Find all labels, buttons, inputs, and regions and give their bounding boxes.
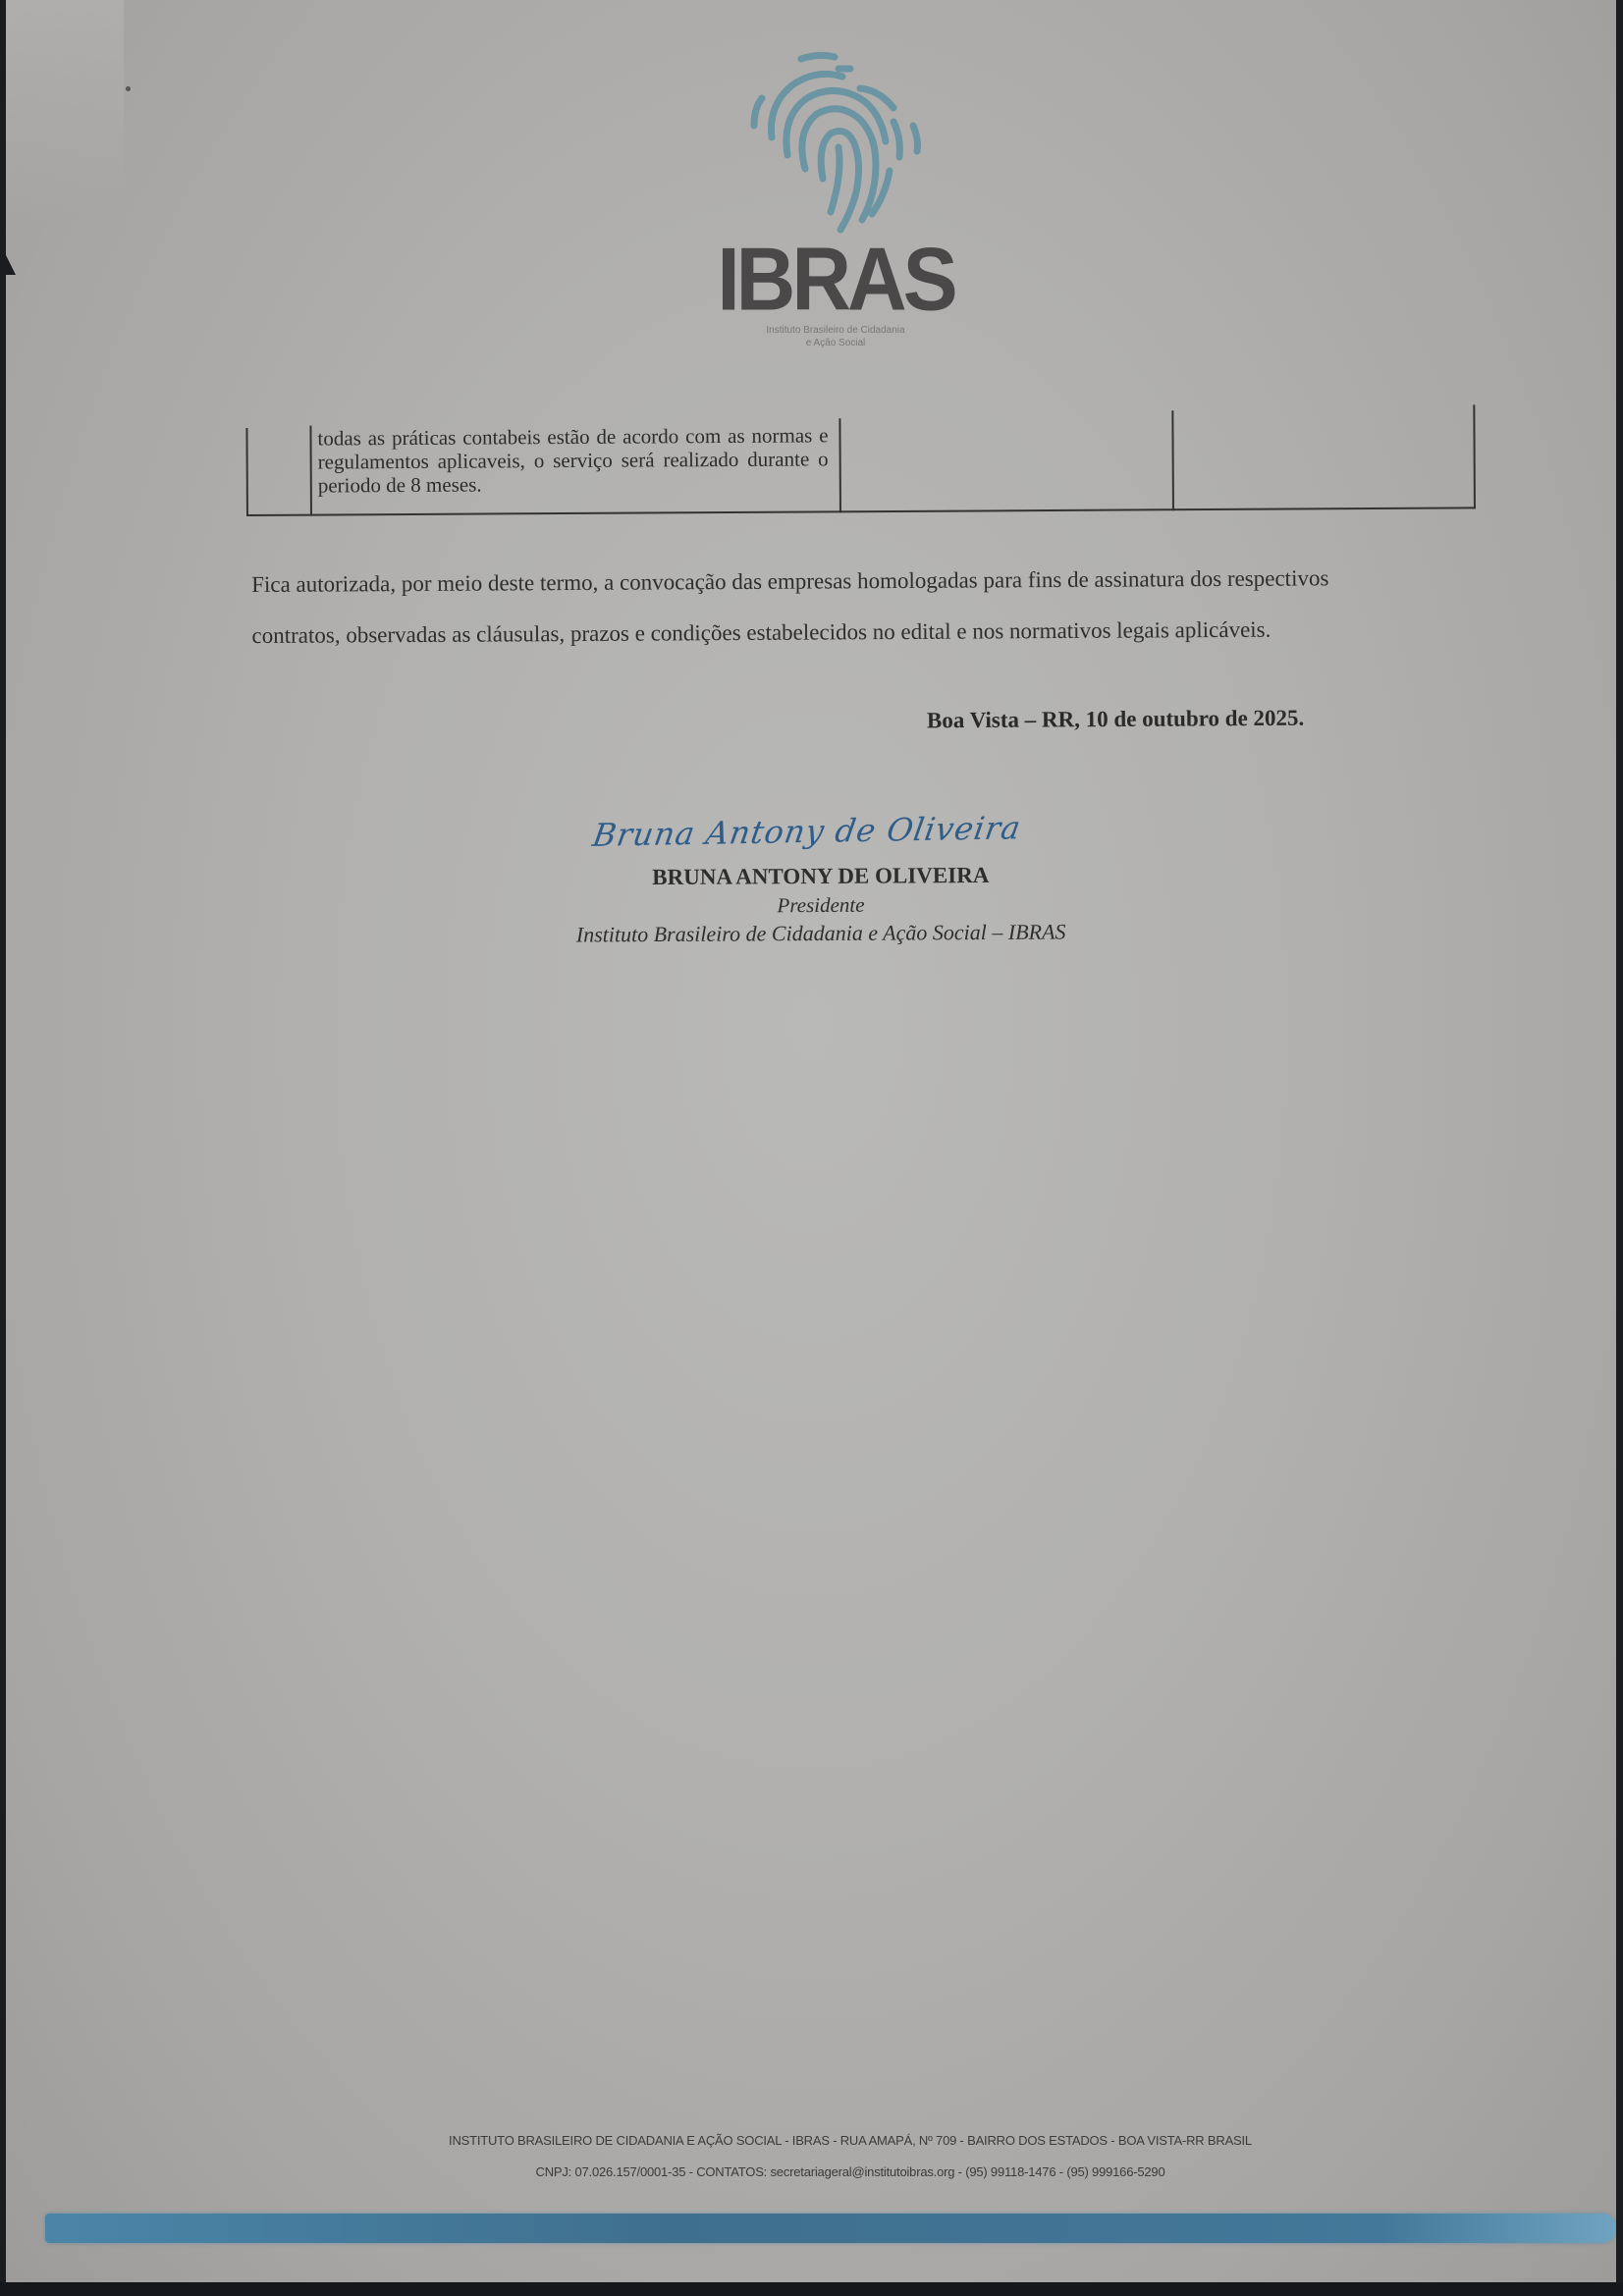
footer-contacts: CNPJ: 07.026.157/0001-35 - CONTATOS: sec… (300, 2162, 1400, 2183)
page-footer: INSTITUTO BRASILEIRO DE CIDADANIA E AÇÃO… (300, 2130, 1400, 2183)
ibras-logo: IBRAS Instituto Brasileiro de Cidadania … (713, 47, 958, 349)
table-border-right (1473, 404, 1476, 508)
scan-background-edge (0, 2282, 1623, 2296)
table-column-divider (1171, 410, 1174, 510)
signer-name: BRUNA ANTONY DE OLIVEIRA (497, 860, 1145, 893)
fingerprint-brazil-map-icon (732, 47, 939, 243)
footer-address: INSTITUTO BRASILEIRO DE CIDADANIA E AÇÃO… (300, 2130, 1400, 2152)
table-cell-description: todas as práticas contabeis estão de aco… (317, 423, 828, 497)
table-column-divider (839, 418, 841, 512)
table-border-left (245, 428, 248, 516)
signer-role: Presidente (497, 889, 1145, 921)
logo-wordmark: IBRAS (713, 235, 958, 324)
handwritten-signature: Bruna Antony de Oliveira (590, 809, 1024, 854)
paper-shading (6, 0, 124, 294)
place-date: Boa Vista – RR, 10 de outubro de 2025. (927, 706, 1304, 734)
logo-subtitle-line2: e Ação Social (713, 337, 958, 349)
authorization-paragraph: Fica autorizada, por meio deste termo, a… (251, 553, 1372, 662)
table-column-divider (309, 426, 312, 516)
table-fragment: todas as práticas contabeis estão de aco… (245, 404, 1476, 518)
footer-accent-bar (45, 2214, 1616, 2243)
dust-speck (126, 86, 131, 91)
document-page: IBRAS Instituto Brasileiro de Cidadania … (6, 0, 1616, 2282)
signer-organization: Instituto Brasileiro de Cidadania e Ação… (497, 917, 1145, 950)
signature-block: BRUNA ANTONY DE OLIVEIRA Presidente Inst… (497, 860, 1146, 950)
table-border-bottom (246, 507, 1476, 516)
page-corner (6, 255, 16, 275)
